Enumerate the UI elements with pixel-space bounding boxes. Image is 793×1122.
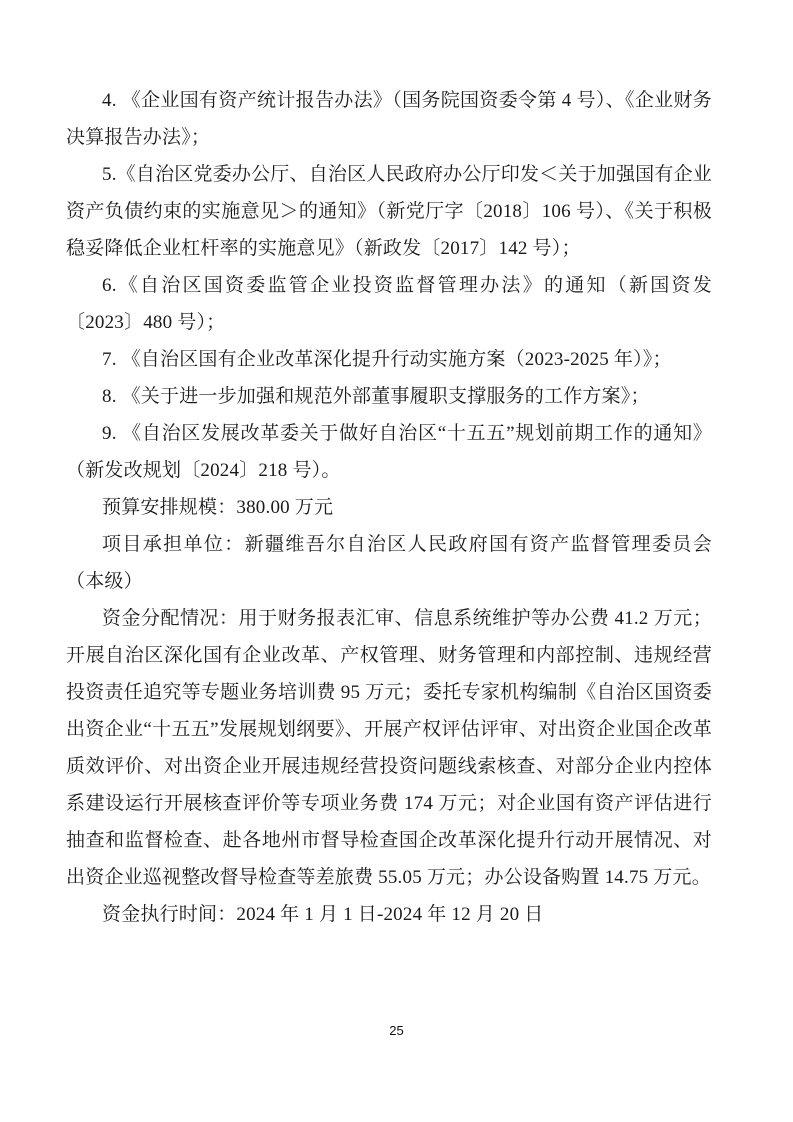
undertaking-unit-line: 项目承担单位：新疆维吾尔自治区人民政府国有资产监督管理委员会（本级）: [66, 526, 712, 600]
document-page: 4. 《企业国有资产统计报告办法》（国务院国资委令第 4 号）、《企业财务决算报…: [0, 0, 793, 1122]
regulation-item-8: 8. 《关于进一步加强和规范外部董事履职支撑服务的工作方案》；: [66, 378, 712, 415]
budget-scale-line: 预算安排规模：380.00 万元: [66, 489, 712, 526]
regulation-item-9: 9. 《自治区发展改革委关于做好自治区“十五五”规划前期工作的通知》（新发改规划…: [66, 415, 712, 489]
page-footer: 25: [0, 1022, 793, 1040]
regulation-item-5: 5.《自治区党委办公厅、自治区人民政府办公厅印发＜关于加强国有企业资产负债约束的…: [66, 156, 712, 267]
document-body: 4. 《企业国有资产统计报告办法》（国务院国资委令第 4 号）、《企业财务决算报…: [66, 82, 712, 933]
fund-allocation-paragraph: 资金分配情况：用于财务报表汇审、信息系统维护等办公费 41.2 万元；开展自治区…: [66, 600, 712, 896]
regulation-item-6: 6.《自治区国资委监管企业投资监督管理办法》的通知（新国资发〔2023〕480 …: [66, 267, 712, 341]
execution-time-line: 资金执行时间：2024 年 1 月 1 日-2024 年 12 月 20 日: [66, 896, 712, 933]
regulation-item-4: 4. 《企业国有资产统计报告办法》（国务院国资委令第 4 号）、《企业财务决算报…: [66, 82, 712, 156]
page-number: 25: [389, 1023, 403, 1038]
regulation-item-7: 7. 《自治区国有企业改革深化提升行动实施方案（2023-2025 年）》；: [66, 341, 712, 378]
